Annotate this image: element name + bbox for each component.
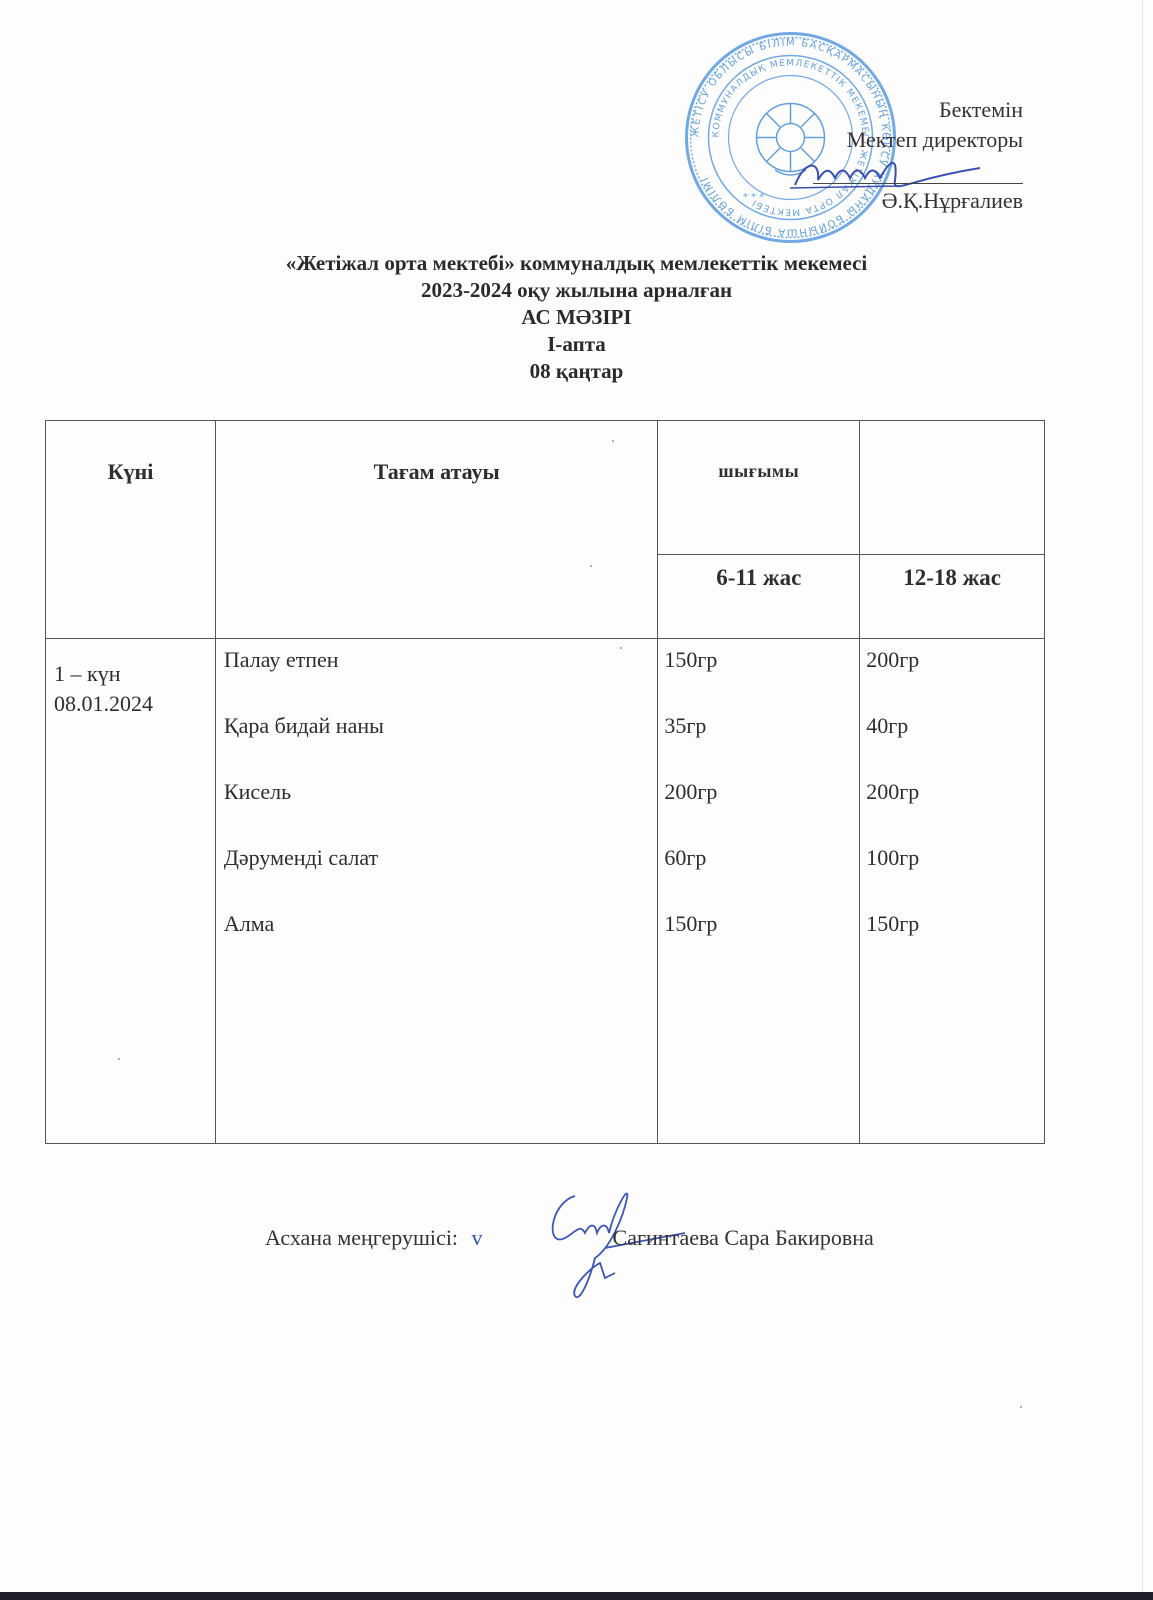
list-item: Қара бидай наны [224, 713, 658, 779]
footer-signoff: Асхана меңгерушісі: v Сагинтаева Сара Ба… [265, 1225, 874, 1255]
week-label: І-апта [0, 331, 1153, 358]
scan-speck [118, 1058, 120, 1060]
director-position: Мектеп директоры [813, 125, 1023, 155]
header-output: шығымы [658, 421, 860, 555]
day-date: 08.01.2024 [54, 689, 215, 719]
check-mark-icon: v [472, 1225, 492, 1251]
list-item: 40гр [866, 713, 1044, 779]
scan-border [0, 1592, 1153, 1600]
dish-list: Палау етпен Қара бидай наны Кисель Дәрум… [216, 639, 658, 977]
cafeteria-head-label: Асхана меңгерушісі: [265, 1225, 458, 1251]
list-item: 60гр [664, 845, 859, 911]
list-item: 150гр [664, 647, 859, 713]
header-dish: Тағам атауы [215, 421, 658, 639]
list-item: Алма [224, 911, 658, 977]
dish-cell: Палау етпен Қара бидай наны Кисель Дәрум… [215, 639, 658, 1144]
approved-label: Бектемін [813, 95, 1023, 125]
academic-year: 2023-2024 оқу жылына арналған [0, 277, 1153, 304]
list-item: 100гр [866, 845, 1044, 911]
list-item: 200гр [664, 779, 859, 845]
header-age-12-18: 12-18 жас [860, 555, 1045, 639]
day-label: 1 – күн [54, 659, 215, 689]
scan-speck [620, 647, 622, 649]
scan-speck [590, 565, 592, 567]
list-item: 200гр [866, 647, 1044, 713]
qty-6-11-cell: 150гр 35гр 200гр 60гр 150гр [658, 639, 860, 1144]
date-label: 08 қаңтар [0, 358, 1153, 385]
document-heading: «Жетіжал орта мектебі» коммуналдық мемле… [0, 250, 1153, 385]
list-item: 150гр [664, 911, 859, 977]
header-age-6-11: 6-11 жас [658, 555, 860, 639]
scan-speck [1020, 1406, 1022, 1408]
qty-12-18-list: 200гр 40гр 200гр 100гр 150гр [860, 639, 1044, 977]
table-row: 1 – күн 08.01.2024 Палау етпен Қара бида… [46, 639, 1045, 1144]
scan-edge [1142, 0, 1143, 1592]
director-name: Ә.Қ.Нұрғалиев [813, 186, 1023, 216]
document-title: АС МӘЗІРІ [0, 304, 1153, 331]
school-name: «Жетіжал орта мектебі» коммуналдық мемле… [0, 250, 1153, 277]
qty-6-11-list: 150гр 35гр 200гр 60гр 150гр [658, 639, 859, 977]
header-empty [860, 421, 1045, 555]
qty-12-18-cell: 200гр 40гр 200гр 100гр 150гр [860, 639, 1045, 1144]
signature-space [497, 1225, 607, 1255]
list-item: 35гр [664, 713, 859, 779]
list-item: 200гр [866, 779, 1044, 845]
cafeteria-head-name: Сагинтаева Сара Бакировна [613, 1225, 874, 1251]
signature-line [813, 155, 1023, 184]
list-item: 150гр [866, 911, 1044, 977]
list-item: Палау етпен [224, 647, 658, 713]
approval-block: Бектемін Мектеп директоры Ә.Қ.Нұрғалиев [813, 95, 1023, 216]
day-cell: 1 – күн 08.01.2024 [46, 639, 216, 1144]
header-day: Күні [46, 421, 216, 639]
list-item: Дәруменді салат [224, 845, 658, 911]
menu-table: Күні Тағам атауы шығымы 6-11 жас 12-18 ж… [45, 420, 1045, 1144]
list-item: Кисель [224, 779, 658, 845]
scan-speck [612, 440, 614, 442]
svg-text:* * *: * * * [743, 192, 764, 203]
